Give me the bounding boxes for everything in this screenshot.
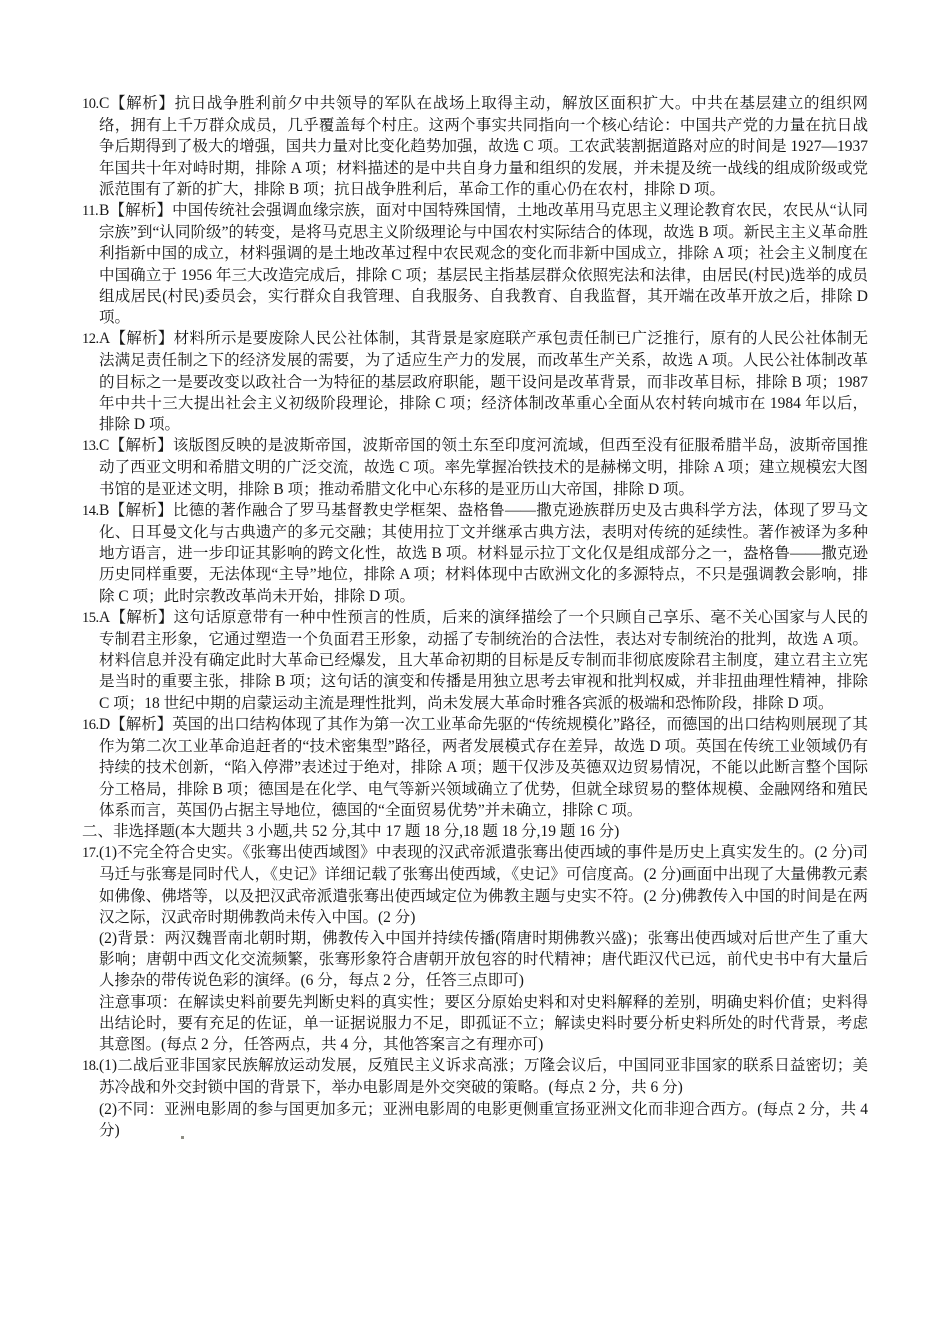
answer-letter: A [99, 330, 110, 347]
question-18-part-1: 18.(1)二战后亚非国家民族解放运动发展，反殖民主义诉求高涨；万隆会议后，中国… [82, 1055, 868, 1098]
item-number: 14. [82, 501, 99, 522]
analysis-text: 抗日战争胜利前夕中共领导的军队在战场上取得主动，解放区面积扩大。中共在基层建立的… [99, 95, 868, 198]
analysis-text: 该版图反映的是波斯帝国，波斯帝国的领土东至印度河流域，但西至没有征服希腊半岛，波… [99, 437, 868, 497]
item-number: 16. [82, 715, 99, 736]
analysis-label: 【解析】 [109, 202, 172, 219]
item-number: 15. [82, 608, 99, 629]
item-number: 12. [82, 329, 99, 350]
item-number: 13. [82, 436, 99, 457]
item-number: 17. [82, 843, 99, 864]
question-10-analysis: 10.C【解析】抗日战争胜利前夕中共领导的军队在战场上取得主动，解放区面积扩大。… [82, 93, 868, 200]
item-number: 10. [82, 94, 99, 115]
section-2-header: 二、非选择题(本大题共 3 小题,共 52 分,其中 17 题 18 分,18 … [82, 821, 868, 842]
answer-letter: B [99, 502, 109, 519]
question-11-analysis: 11.B【解析】中国传统社会强调血缘宗族，面对中国特殊国情，土地改革用马克思主义… [82, 200, 868, 328]
question-17-part-2: (2)背景：两汉魏晋南北朝时期，佛教传入中国并持续传播(隋唐时期佛教兴盛)；张骞… [82, 928, 868, 992]
answer-letter: D [99, 716, 110, 733]
question-13-analysis: 13.C【解析】该版图反映的是波斯帝国，波斯帝国的领土东至印度河流域，但西至没有… [82, 435, 868, 500]
answer-text: (1)不完全符合史实。《张骞出使西域图》中表现的汉武帝派遣张骞出使西域的事件是历… [99, 844, 868, 926]
analysis-text: 英国的出口结构体现了其作为第一次工业革命先驱的“传统规模化”路径，而德国的出口结… [99, 716, 868, 819]
answer-text: (1)二战后亚非国家民族解放运动发展，反殖民主义诉求高涨；万隆会议后，中国同亚非… [99, 1057, 868, 1096]
analysis-label: 【解析】 [110, 609, 173, 626]
analysis-text: 材料所示是要废除人民公社体制，其背景是家庭联产承包责任制已广泛推行，原有的人民公… [99, 330, 868, 433]
analysis-label: 【解析】 [109, 437, 173, 454]
item-number: 18. [82, 1056, 99, 1077]
document-page: 10.C【解析】抗日战争胜利前夕中共领导的军队在战场上取得主动，解放区面积扩大。… [0, 0, 950, 1344]
scan-artifact-dot [181, 1136, 184, 1139]
question-16-analysis: 16.D【解析】英国的出口结构体现了其作为第一次工业革命先驱的“传统规模化”路径… [82, 714, 868, 821]
question-15-analysis: 15.A【解析】这句话原意带有一种中性预言的性质，后来的演绎描绘了一个只顾自己享… [82, 607, 868, 714]
analysis-label: 【解析】 [110, 716, 172, 733]
analysis-label: 【解析】 [109, 502, 173, 519]
answer-letter: A [99, 609, 110, 626]
answer-letter: B [99, 202, 109, 219]
analysis-text: 中国传统社会强调血缘宗族，面对中国特殊国情，土地改革用马克思主义理论教育农民，农… [99, 202, 868, 326]
question-17-part-1: 17.(1)不完全符合史实。《张骞出使西域图》中表现的汉武帝派遣张骞出使西域的事… [82, 842, 868, 928]
question-18-answer: 18.(1)二战后亚非国家民族解放运动发展，反殖民主义诉求高涨；万隆会议后，中国… [82, 1055, 868, 1141]
question-17-answer: 17.(1)不完全符合史实。《张骞出使西域图》中表现的汉武帝派遣张骞出使西域的事… [82, 842, 868, 1055]
analysis-label: 【解析】 [110, 330, 173, 347]
analysis-text: 比德的著作融合了罗马基督教史学框架、盎格鲁——撒克逊族群历史及古典科学方法，体现… [99, 502, 868, 605]
analysis-text: 这句话原意带有一种中性预言的性质，后来的演绎描绘了一个只顾自己享乐、毫不关心国家… [99, 609, 868, 712]
analysis-label: 【解析】 [109, 95, 174, 112]
item-number: 11. [82, 201, 99, 222]
answer-letter: C [99, 437, 109, 454]
question-18-part-2: (2)不同：亚洲电影周的参与国更加多元；亚洲电影周的电影更侧重宣扬亚洲文化而非迎… [82, 1099, 868, 1141]
answer-key-text: 10.C【解析】抗日战争胜利前夕中共领导的军队在战场上取得主动，解放区面积扩大。… [82, 93, 868, 1141]
question-17-notes: 注意事项：在解读史料前要先判断史料的真实性；要区分原始史料和对史料解释的差别，明… [82, 992, 868, 1056]
question-14-analysis: 14.B【解析】比德的著作融合了罗马基督教史学框架、盎格鲁——撒克逊族群历史及古… [82, 500, 868, 607]
question-12-analysis: 12.A【解析】材料所示是要废除人民公社体制，其背景是家庭联产承包责任制已广泛推… [82, 328, 868, 435]
answer-letter: C [99, 95, 109, 112]
